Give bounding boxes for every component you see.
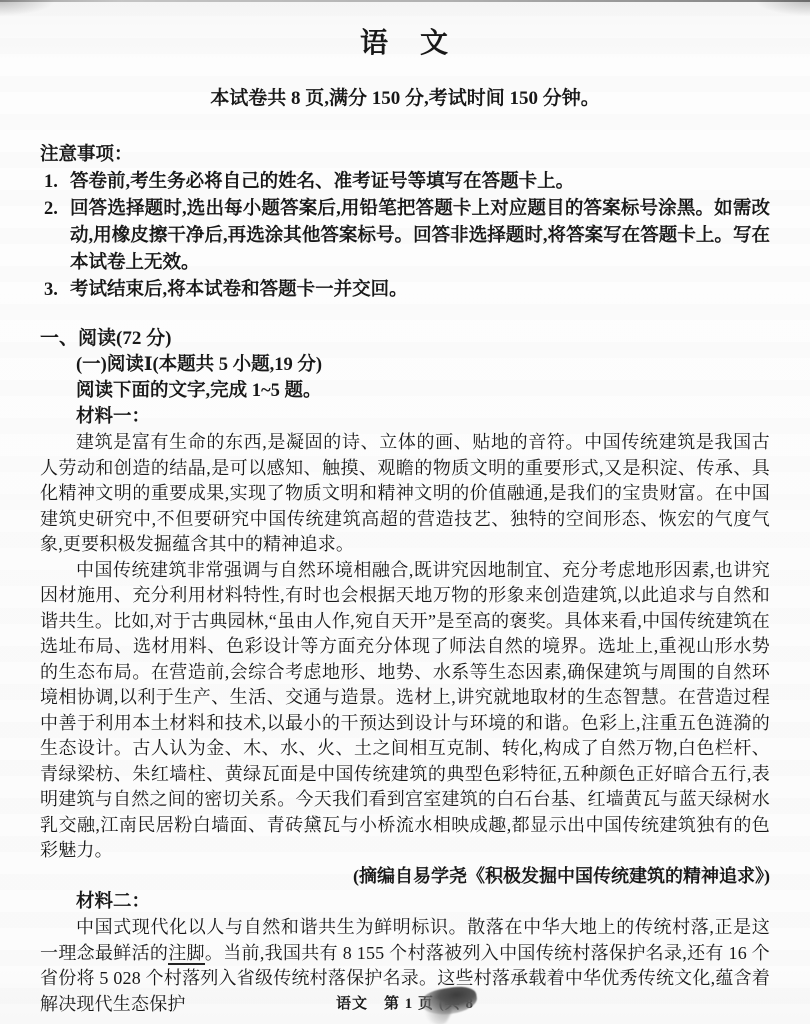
scan-top-edge-artifact	[0, 0, 810, 2]
notice-item-2: 2. 回答选择题时,选出每小题答案后,用铅笔把答题卡上对应题目的答案标号涂黑。如…	[40, 196, 770, 277]
notice-item-3-text: 考试结束后,将本试卷和答题卡一并交回。	[70, 280, 408, 300]
page-footer: 语文 第 1 页 (共 8	[0, 992, 810, 1013]
material-1-paragraph-1: 建筑是富有生命的东西,是凝固的诗、立体的画、贴地的音符。中国传统建筑是我国古人劳…	[40, 430, 770, 558]
scan-corner-shadow-right	[754, 0, 810, 16]
notice-item-2-number: 2.	[44, 196, 58, 223]
section-heading-reading: 一、阅读(72 分)	[40, 326, 770, 352]
scan-corner-shadow-left	[0, 0, 56, 16]
exam-info-line: 本试卷共 8 页,满分 150 分,考试时间 150 分钟。	[40, 86, 770, 112]
notice-item-3-number: 3.	[44, 277, 58, 304]
notice-item-1: 1. 答卷前,考生务必将自己的姓名、准考证号等填写在答题卡上。	[40, 169, 770, 196]
underlined-term: 注脚	[168, 943, 205, 965]
exam-paper-page: 语 文 本试卷共 8 页,满分 150 分,考试时间 150 分钟。 注意事项：…	[0, 0, 810, 1024]
notice-item-1-number: 1.	[44, 169, 58, 196]
notice-item-3: 3. 考试结束后,将本试卷和答题卡一并交回。	[40, 277, 770, 304]
material-1-label: 材料一：	[76, 404, 770, 430]
exam-title: 语 文	[40, 28, 770, 60]
material-1-paragraph-2: 中国传统建筑非常强调与自然环境相融合,既讲究因地制宜、充分考虑地形因素,也讲究因…	[40, 558, 770, 864]
notice-item-1-text: 答卷前,考生务必将自己的姓名、准考证号等填写在答题卡上。	[70, 172, 574, 192]
notice-heading: 注意事项：	[40, 142, 770, 169]
material-1-attribution: (摘编自易学尧《积极发掘中国传统建筑的精神追求》)	[40, 864, 770, 890]
reading-instruction: 阅读下面的文字,完成 1~5 题。	[76, 378, 770, 404]
material-2-label: 材料二：	[76, 889, 770, 915]
part-heading-reading-1: (一)阅读Ⅰ(本题共 5 小题,19 分)	[76, 352, 770, 378]
notice-list: 1. 答卷前,考生务必将自己的姓名、准考证号等填写在答题卡上。 2. 回答选择题…	[40, 169, 770, 304]
notice-item-2-text: 回答选择题时,选出每小题答案后,用铅笔把答题卡上对应题目的答案标号涂黑。如需改动…	[70, 199, 770, 273]
